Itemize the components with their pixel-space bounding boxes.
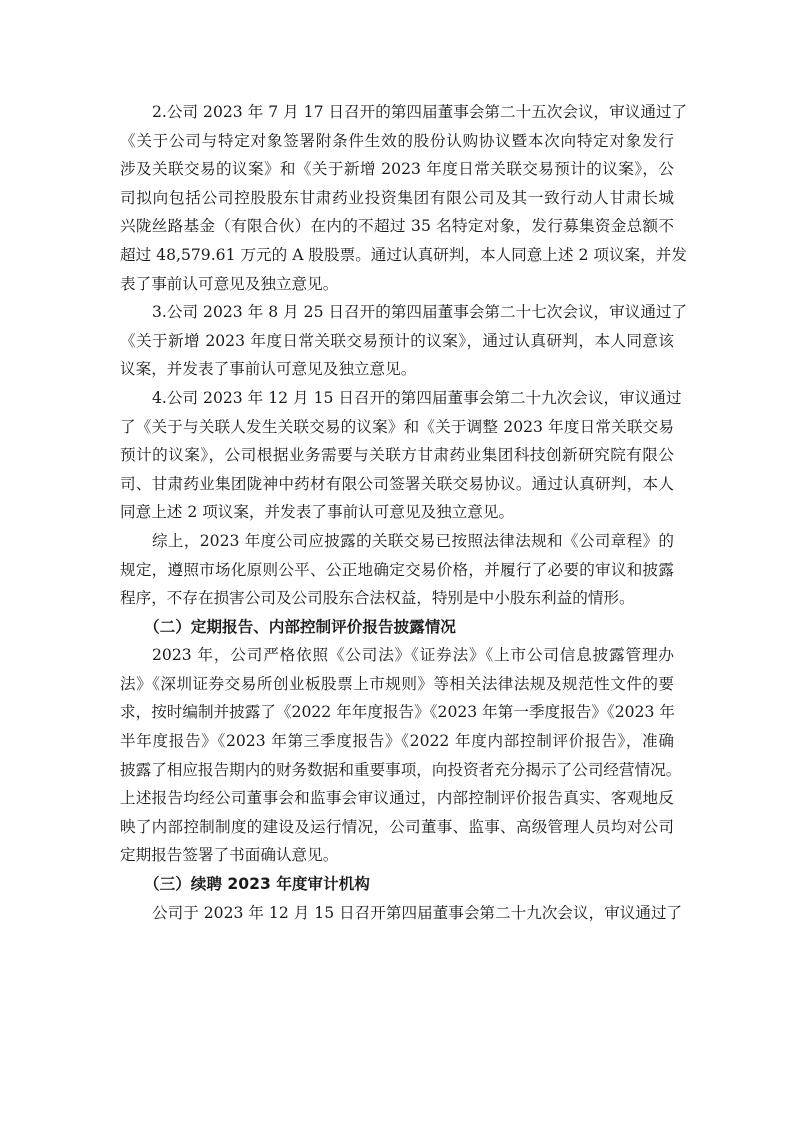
text-line: 2.公司 2023 年 7 月 17 日召开的第四届董事会第二十五次会议，审议通… (120, 98, 674, 127)
text-line: 司拟向包括公司控股股东甘肃药业投资集团有限公司及其一致行动人甘肃长城 (120, 184, 674, 213)
paragraph-item-3: 3.公司 2023 年 8 月 25 日召开的第四届董事会第二十七次会议，审议通… (120, 298, 674, 384)
text-line: 《关于新增 2023 年度日常关联交易预计的议案》，通过认真研判，本人同意该 (120, 327, 674, 356)
paragraph-auditor-renewal: 公司于 2023 年 12 月 15 日召开第四届董事会第二十九次会议，审议通过… (120, 899, 674, 928)
text-line: 《关于公司与特定对象签署附条件生效的股份认购协议暨本次向特定对象发行 (120, 127, 674, 156)
text-line: 披露了相应报告期内的财务数据和重要事项，向投资者充分揭示了公司经营情况。 (120, 756, 674, 785)
paragraph-item-4: 4.公司 2023 年 12 月 15 日召开的第四届董事会第二十九次会议，审议… (120, 384, 674, 527)
text-line: 综上，2023 年度公司应披露的关联交易已按照法律法规和《公司章程》的 (120, 527, 674, 556)
text-line: 预计的议案》，公司根据业务需要与关联方甘肃药业集团科技创新研究院有限公 (120, 441, 674, 470)
text-line: 司、甘肃药业集团陇神中药材有限公司签署关联交易协议。通过认真研判，本人 (120, 470, 674, 499)
text-line: 3.公司 2023 年 8 月 25 日召开的第四届董事会第二十七次会议，审议通… (120, 298, 674, 327)
section-heading-periodic-reports: （二）定期报告、内部控制评价报告披露情况 (120, 613, 674, 642)
text-line: 法》《深圳证券交易所创业板股票上市规则》等相关法律法规及规范性文件的要 (120, 670, 674, 699)
text-line: 涉及关联交易的议案》和《关于新增 2023 年度日常关联交易预计的议案》，公 (120, 155, 674, 184)
text-line: 求，按时编制并披露了《2022 年年度报告》《2023 年第一季度报告》《202… (120, 698, 674, 727)
text-line: 兴陇丝路基金（有限合伙）在内的不超过 35 名特定对象，发行募集资金总额不 (120, 212, 674, 241)
document-page: 2.公司 2023 年 7 月 17 日召开的第四届董事会第二十五次会议，审议通… (120, 98, 674, 927)
text-line: 规定，遵照市场化原则公平、公正地确定交易价格，并履行了必要的审议和披露 (120, 556, 674, 585)
paragraph-item-2: 2.公司 2023 年 7 月 17 日召开的第四届董事会第二十五次会议，审议通… (120, 98, 674, 298)
text-line: 公司于 2023 年 12 月 15 日召开第四届董事会第二十九次会议，审议通过… (120, 899, 674, 928)
text-line: 了《关于与关联人发生关联交易的议案》和《关于调整 2023 年度日常关联交易 (120, 413, 674, 442)
text-line: 表了事前认可意见及独立意见。 (120, 270, 674, 299)
text-line: 2023 年，公司严格依照《公司法》《证券法》《上市公司信息披露管理办 (120, 641, 674, 670)
text-line: 程序，不存在损害公司及公司股东合法权益，特别是中小股东利益的情形。 (120, 584, 674, 613)
text-line: 上述报告均经公司董事会和监事会审议通过，内部控制评价报告真实、客观地反 (120, 784, 674, 813)
text-line: 4.公司 2023 年 12 月 15 日召开的第四届董事会第二十九次会议，审议… (120, 384, 674, 413)
section-heading-auditor-renewal: （三）续聘 2023 年度审计机构 (120, 870, 674, 899)
paragraph-periodic-reports: 2023 年，公司严格依照《公司法》《证券法》《上市公司信息披露管理办 法》《深… (120, 641, 674, 870)
text-line: 议案，并发表了事前认可意见及独立意见。 (120, 355, 674, 384)
text-line: 定期报告签署了书面确认意见。 (120, 841, 674, 870)
text-line: 半年度报告》《2023 年第三季度报告》《2022 年度内部控制评价报告》，准确 (120, 727, 674, 756)
text-line: 映了内部控制制度的建设及运行情况，公司董事、监事、高级管理人员均对公司 (120, 813, 674, 842)
text-line: 超过 48,579.61 万元的 A 股股票。通过认真研判，本人同意上述 2 项… (120, 241, 674, 270)
paragraph-summary: 综上，2023 年度公司应披露的关联交易已按照法律法规和《公司章程》的 规定，遵… (120, 527, 674, 613)
text-line: 同意上述 2 项议案，并发表了事前认可意见及独立意见。 (120, 498, 674, 527)
